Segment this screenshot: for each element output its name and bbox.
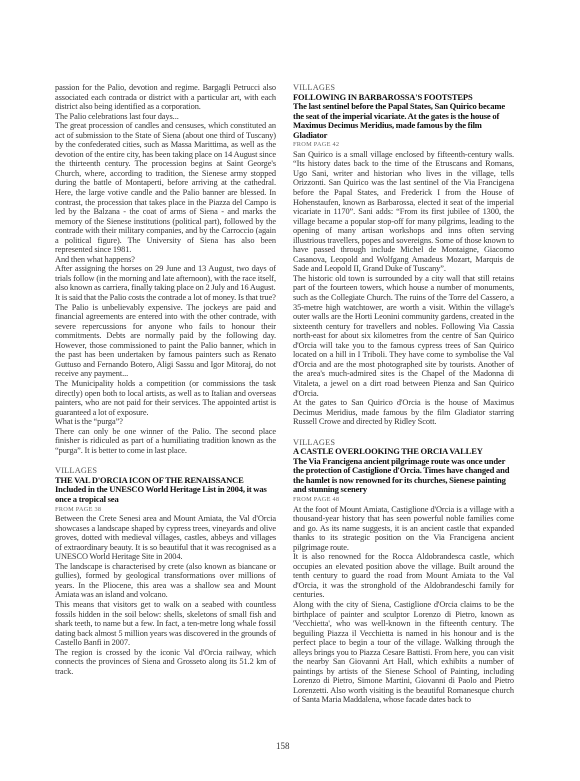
interview-question: And then what happens? (55, 255, 276, 265)
body-paragraph: After assigning the horses on 29 June an… (55, 264, 276, 293)
article-val-dorcia: VILLAGES THE VAL D'ORCIA ICON OF THE REN… (55, 466, 276, 676)
article-standfirst: The last sentinel before the Papal State… (293, 102, 514, 140)
body-paragraph: The region is crossed by the iconic Val … (55, 648, 276, 677)
body-paragraph: Between the Crete Senesi area and Mount … (55, 514, 276, 562)
body-paragraph: The Palio is unbelievably expensive. The… (55, 303, 276, 379)
body-paragraph: The landscape is characterised by crete … (55, 562, 276, 600)
body-paragraph: The great procession of candles and cens… (55, 121, 276, 255)
left-column: passion for the Palio, devotion and regi… (55, 83, 276, 676)
body-paragraph: passion for the Palio, devotion and regi… (55, 83, 276, 112)
body-paragraph: There can only be one winner of the Pali… (55, 427, 276, 456)
body-paragraph: Along with the city of Siena, Castiglion… (293, 600, 514, 705)
interview-question: It is said that the Palio costs the cont… (55, 293, 276, 303)
article-standfirst: The Via Francigena ancient pilgrimage ro… (293, 457, 514, 495)
from-page-reference: FROM PAGE 38 (55, 505, 276, 515)
body-paragraph: The historic old town is surrounded by a… (293, 274, 514, 398)
from-page-reference: FROM PAGE 42 (293, 140, 514, 150)
page-number: 158 (276, 741, 290, 751)
palio-interview-continuation: passion for the Palio, devotion and regi… (55, 83, 276, 455)
article-standfirst: Included in the UNESCO World Heritage Li… (55, 485, 276, 504)
body-paragraph: This means that visitors get to walk on … (55, 600, 276, 648)
body-paragraph: At the gates to San Quirico d'Orcia is t… (293, 398, 514, 427)
body-paragraph: The Municipality holds a competition (or… (55, 379, 276, 417)
article-castiglione-dorcia: VILLAGES A CASTLE OVERLOOKING THE ORCIA … (293, 438, 514, 705)
body-paragraph: San Quirico is a small village enclosed … (293, 150, 514, 274)
right-column: VILLAGES FOLLOWING IN BARBAROSSA'S FOOTS… (293, 83, 514, 705)
body-paragraph: At the foot of Mount Amiata, Castiglione… (293, 505, 514, 553)
magazine-page: passion for the Palio, devotion and regi… (0, 0, 580, 781)
interview-question: The Palio celebrations last four days... (55, 112, 276, 122)
interview-question: What is the “purga”? (55, 417, 276, 427)
body-paragraph: It is also renowned for the Rocca Aldobr… (293, 552, 514, 600)
from-page-reference: FROM PAGE 48 (293, 495, 514, 505)
article-san-quirico: VILLAGES FOLLOWING IN BARBAROSSA'S FOOTS… (293, 83, 514, 427)
